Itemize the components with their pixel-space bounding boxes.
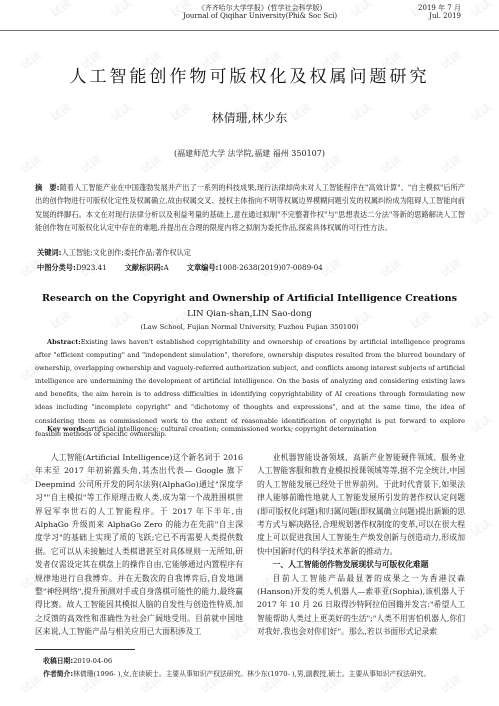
section-heading: 一、人工智能创作物发展现状与可版权化难题: [257, 558, 465, 571]
watermark-text: 试读: [467, 203, 494, 229]
body-column-right: 业机器智能设备领域、高新产业智能硬件领域、服务业人工智能客服和教育业模拟授课领域…: [257, 451, 465, 639]
article-number-label: 文章编号:: [187, 263, 219, 272]
watermark-text: 试读: [377, 255, 404, 281]
doc-code-value: A: [164, 263, 169, 272]
bio-label: 作者简介:: [43, 670, 73, 678]
paper-title-en: Research on the Copyright and Ownership …: [0, 293, 499, 304]
keywords-cn-label: 关键词:: [37, 248, 61, 257]
abstract-en-text: Existing laws haven't established copyri…: [35, 338, 465, 438]
received-label: 收稿日期:: [43, 657, 73, 665]
keywords-en: Key words:artificial intelligence; cultu…: [47, 425, 377, 433]
watermark-text: 试读: [437, 255, 464, 281]
abstract-cn-label: 摘 要:: [35, 183, 60, 192]
keywords-en-label: Key words:: [47, 425, 87, 433]
keywords-cn: 关键词:人工智能;文化创作;委托作品;著作权认定: [37, 248, 191, 258]
footnotes: 收稿日期:2019-04-06 作者简介:林倩珊(1996- ),女,在读硕士。…: [35, 655, 465, 680]
body-paragraph: 业机器智能设备领域、高新产业智能硬件领域、服务业人工智能客服和教育业模拟授课领域…: [257, 451, 465, 558]
abstract-en-label: Abstract:: [35, 338, 81, 346]
body-column-left: 人工智能(Artificial Intelligence)这个新名词于 2016…: [35, 451, 243, 639]
running-header: 《齐齐哈尔大学学报》(哲学社会科学版) Journal of Qiqihar U…: [0, 4, 499, 30]
paper-title-cn: 人工智能创作物可版权化及权属问题研究: [0, 62, 499, 87]
authors-en: LIN Qian-shan,LIN Sao-dong: [0, 309, 499, 319]
body-paragraph: 目前人工智能产品最显著的成果之一为香港汉森(Hanson)开发的类人机器人—索菲…: [257, 572, 465, 639]
watermark-text: 试读: [467, 515, 494, 541]
classification-line: 中图分类号:D923.41文献标识码:A文章编号:1008-2638(2019)…: [37, 263, 323, 273]
header-divider: [0, 30, 499, 31]
journal-name: 《齐齐哈尔大学学报》(哲学社会科学版) Journal of Qiqihar U…: [170, 4, 350, 20]
keywords-en-text: artificial intelligence; cultural creati…: [87, 425, 376, 433]
article-number-value: 1008-2638(2019)07-0089-04: [218, 263, 322, 272]
bio-value: 林倩珊(1996- ),女,在读硕士。主要从事知识产权法研究。林少东(1970-…: [73, 670, 430, 678]
issue-date: 2019 年 7 月 Jul. 2019: [418, 4, 461, 20]
journal-name-cn: 《齐齐哈尔大学学报》(哲学社会科学版): [170, 4, 350, 12]
doc-code-label: 文献标识码:: [125, 263, 164, 272]
clc-label: 中图分类号:: [37, 263, 76, 272]
abstract-cn-text: 随着人工智能产业在中国蓬勃发展并产出了一系列的科技成果,现行法律却尚未对人工智能…: [35, 183, 465, 232]
affiliation-en: (Law School, Fujian Normal University, F…: [0, 323, 499, 331]
keywords-cn-text: 人工智能;文化创作;委托作品;著作权认定: [61, 248, 190, 257]
abstract-cn: 摘 要:随着人工智能产业在中国蓬勃发展并产出了一系列的科技成果,现行法律却尚未对…: [35, 181, 465, 234]
author-bio: 作者简介:林倩珊(1996- ),女,在读硕士。主要从事知识产权法研究。林少东(…: [35, 668, 465, 681]
clc-value: D923.41: [76, 263, 107, 272]
received-value: 2019-04-06: [73, 657, 112, 665]
received-date: 收稿日期:2019-04-06: [35, 655, 465, 668]
watermark-text: 试读: [467, 411, 494, 437]
journal-name-en: Journal of Qiqihar University(Phi& Soc S…: [170, 12, 350, 20]
watermark-text: 试读: [467, 619, 494, 645]
body-paragraph: 人工智能(Artificial Intelligence)这个新名词于 2016…: [35, 451, 243, 639]
footnote-divider: [35, 649, 135, 650]
issue-date-cn: 2019 年 7 月: [418, 4, 461, 12]
affiliation-cn: (福建师范大学 法学院,福建 福州 350107): [0, 148, 499, 159]
authors-cn: 林倩珊,林少东: [0, 109, 499, 126]
issue-date-en: Jul. 2019: [418, 12, 461, 20]
